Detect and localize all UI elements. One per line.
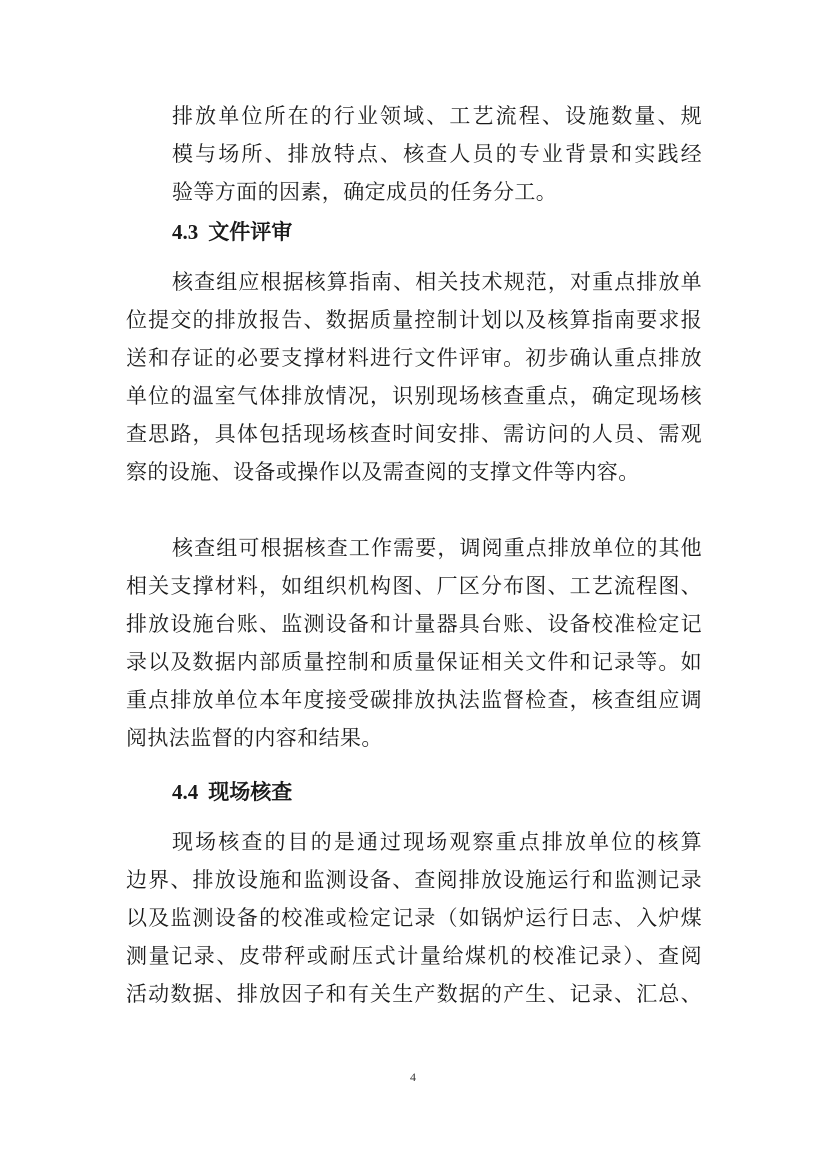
text-line: 位提交的排放报告、数据质量控制计划以及核算指南要求报 xyxy=(126,301,702,339)
text-line: 现场核查的目的是通过现场观察重点排放单位的核算 xyxy=(172,823,702,861)
section-title: 现场核查 xyxy=(208,780,292,804)
section-heading-4-3: 4.3文件评审 xyxy=(172,213,292,251)
text-line: 重点排放单位本年度接受碳排放执法监督检查，核查组应调 xyxy=(126,681,702,719)
text-line: 阅执法监督的内容和结果。 xyxy=(126,719,702,757)
text-line: 验等方面的因素，确定成员的任务分工。 xyxy=(172,173,702,211)
text-line: 边界、排放设施和监测设备、查阅排放设施运行和监测记录 xyxy=(126,861,702,899)
section-title: 文件评审 xyxy=(208,220,292,244)
section-number: 4.3 xyxy=(172,220,198,244)
text-line: 查思路，具体包括现场核查时间安排、需访问的人员、需观 xyxy=(126,415,702,453)
text-line: 单位的温室气体排放情况，识别现场核查重点，确定现场核 xyxy=(126,377,702,415)
text-line: 送和存证的必要支撑材料进行文件评审。初步确认重点排放 xyxy=(126,339,702,377)
page-number: 4 xyxy=(0,1070,826,1085)
text-line: 核查组应根据核算指南、相关技术规范，对重点排放单 xyxy=(172,263,702,301)
text-line: 录以及数据内部质量控制和质量保证相关文件和记录等。如 xyxy=(126,643,702,681)
text-line: 活动数据、排放因子和有关生产数据的产生、记录、汇总、 xyxy=(126,975,702,1013)
text-line: 以及监测设备的校准或检定记录（如锅炉运行日志、入炉煤 xyxy=(126,899,702,937)
section-heading-4-4: 4.4现场核查 xyxy=(172,773,292,811)
section-number: 4.4 xyxy=(172,780,198,804)
text-line: 排放单位所在的行业领域、工艺流程、设施数量、规 xyxy=(172,97,702,135)
text-line: 察的设施、设备或操作以及需查阅的支撑文件等内容。 xyxy=(126,453,702,491)
text-line: 模与场所、排放特点、核查人员的专业背景和实践经 xyxy=(172,135,702,173)
text-line: 排放设施台账、监测设备和计量器具台账、设备校准检定记 xyxy=(126,605,702,643)
text-line: 核查组可根据核查工作需要，调阅重点排放单位的其他 xyxy=(172,529,702,567)
text-line: 测量记录、皮带秤或耐压式计量给煤机的校准记录）、查阅 xyxy=(126,937,702,975)
text-line: 相关支撑材料，如组织机构图、厂区分布图、工艺流程图、 xyxy=(126,567,702,605)
document-page: 排放单位所在的行业领域、工艺流程、设施数量、规 模与场所、排放特点、核查人员的专… xyxy=(0,0,826,1169)
